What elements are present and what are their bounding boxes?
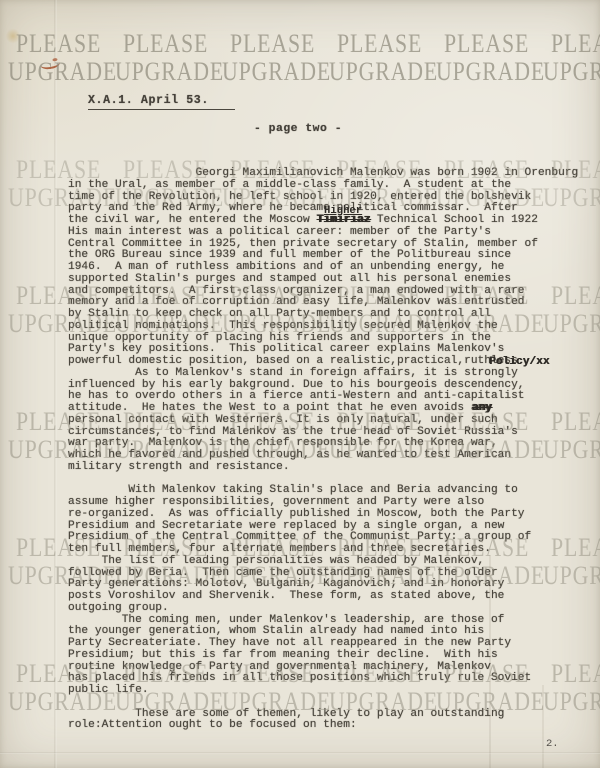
watermark-word-upgrade: UPGRADE bbox=[222, 59, 331, 85]
watermark-word-upgrade: UPGRADE bbox=[115, 59, 224, 85]
watermark-word-please: PLEASE bbox=[123, 31, 208, 57]
watermark-word-upgrade: UPGRADE bbox=[436, 59, 545, 85]
watermark-word-upgrade: UPGRADE bbox=[8, 59, 117, 85]
page-label: - page two - bbox=[254, 123, 342, 135]
horizontal-fold-crease bbox=[0, 752, 600, 754]
struck-any-overlay: any bbox=[472, 403, 492, 415]
policy-overtype-annotation: Policy/xx bbox=[489, 357, 549, 369]
document-page: X.A.1. April 53. - page two - Georgi Max… bbox=[0, 0, 600, 768]
page-number: 2. bbox=[546, 738, 559, 750]
watermark-word-please: PLEASE bbox=[230, 31, 315, 57]
paper-stain bbox=[6, 28, 20, 44]
typed-insertion-higher: Higher bbox=[324, 206, 362, 218]
document-heading: X.A.1. April 53. bbox=[88, 94, 235, 110]
vertical-fold-crease bbox=[54, 0, 57, 768]
red-pencil-mark bbox=[39, 57, 60, 71]
watermark-word-please: PLEASE bbox=[551, 31, 600, 57]
watermark-word-please: PLEASE bbox=[337, 31, 422, 57]
body-text: Georgi Maximilianovich Malenkov was born… bbox=[68, 168, 578, 732]
watermark-word-please: PLEASE bbox=[16, 31, 101, 57]
watermark-word-upgrade: UPGRADE bbox=[329, 59, 438, 85]
watermark-word-upgrade: UPGRADE bbox=[543, 59, 600, 85]
watermark-word-please: PLEASE bbox=[444, 31, 529, 57]
